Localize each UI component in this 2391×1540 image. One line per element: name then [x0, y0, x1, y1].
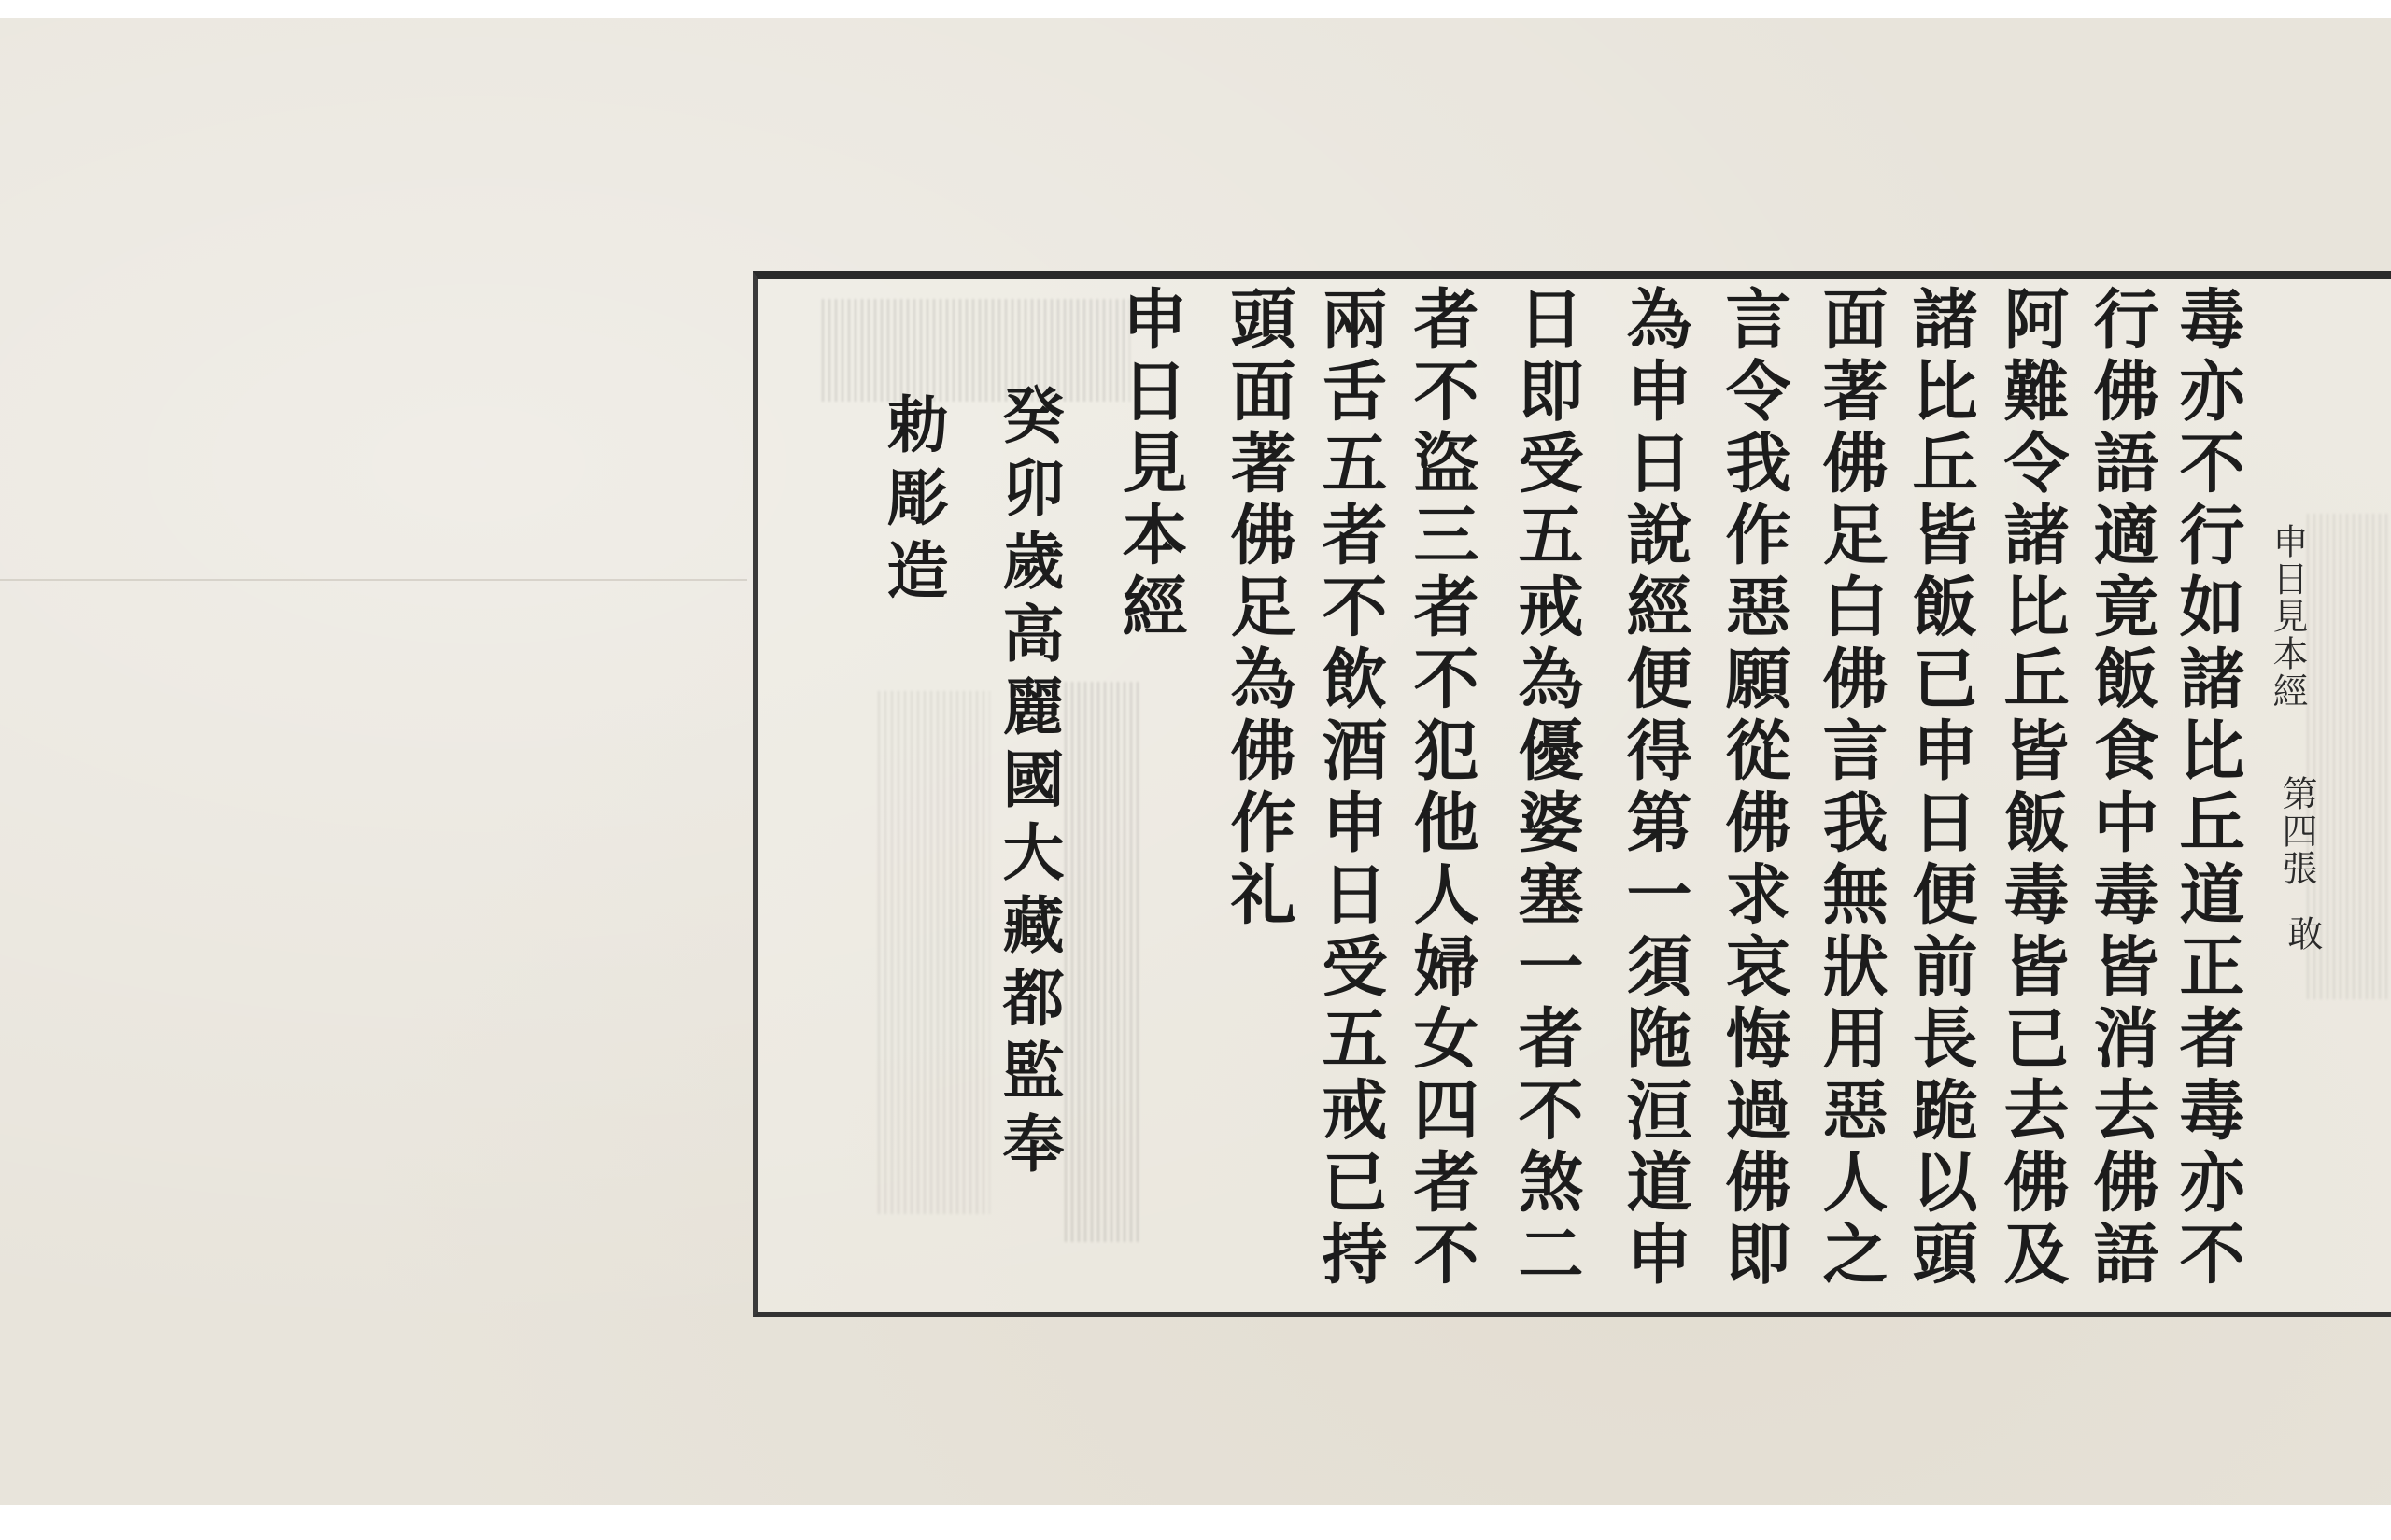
colophon-line-1: 癸卯歲高麗國大藏都監奉	[997, 383, 1059, 1184]
text-column-6: 言令我作惡願從佛求哀悔過佛即	[1720, 285, 1786, 1292]
text-column-2: 行佛語適竟飯食中毒皆消去佛語	[2088, 285, 2154, 1292]
text-column-10: 兩舌五者不飲酒申日受五戒已持	[1317, 285, 1382, 1292]
text-column-4: 諸比丘皆飯已申日便前長跪以頭	[1907, 285, 1973, 1292]
closing-title: 申日見本經	[1117, 285, 1182, 644]
colophon-line-2: 勅彫造	[882, 392, 943, 611]
text-column-11: 頭面著佛足為佛作礼	[1225, 285, 1291, 932]
paper-fold-crease	[0, 579, 747, 581]
text-column-7: 為申日說經便得第一須陁洹道申	[1621, 285, 1687, 1292]
margin-sutra-name: 申日見本經	[2270, 523, 2305, 710]
text-column-8: 日即受五戒為優婆塞一者不煞二	[1513, 285, 1578, 1292]
text-column-9: 者不盜三者不犯他人婦女四者不	[1408, 285, 1474, 1292]
margin-carver-mark: 敢	[2285, 915, 2320, 953]
text-column-1: 毒亦不行如諸比丘道正者毒亦不	[2174, 285, 2240, 1292]
text-column-3: 阿難令諸比丘皆飯毒皆已去佛及	[1999, 285, 2064, 1292]
margin-sheet-number: 第四張	[2279, 775, 2314, 887]
text-column-5: 面著佛足白佛言我無狀用惡人之	[1818, 285, 1883, 1292]
